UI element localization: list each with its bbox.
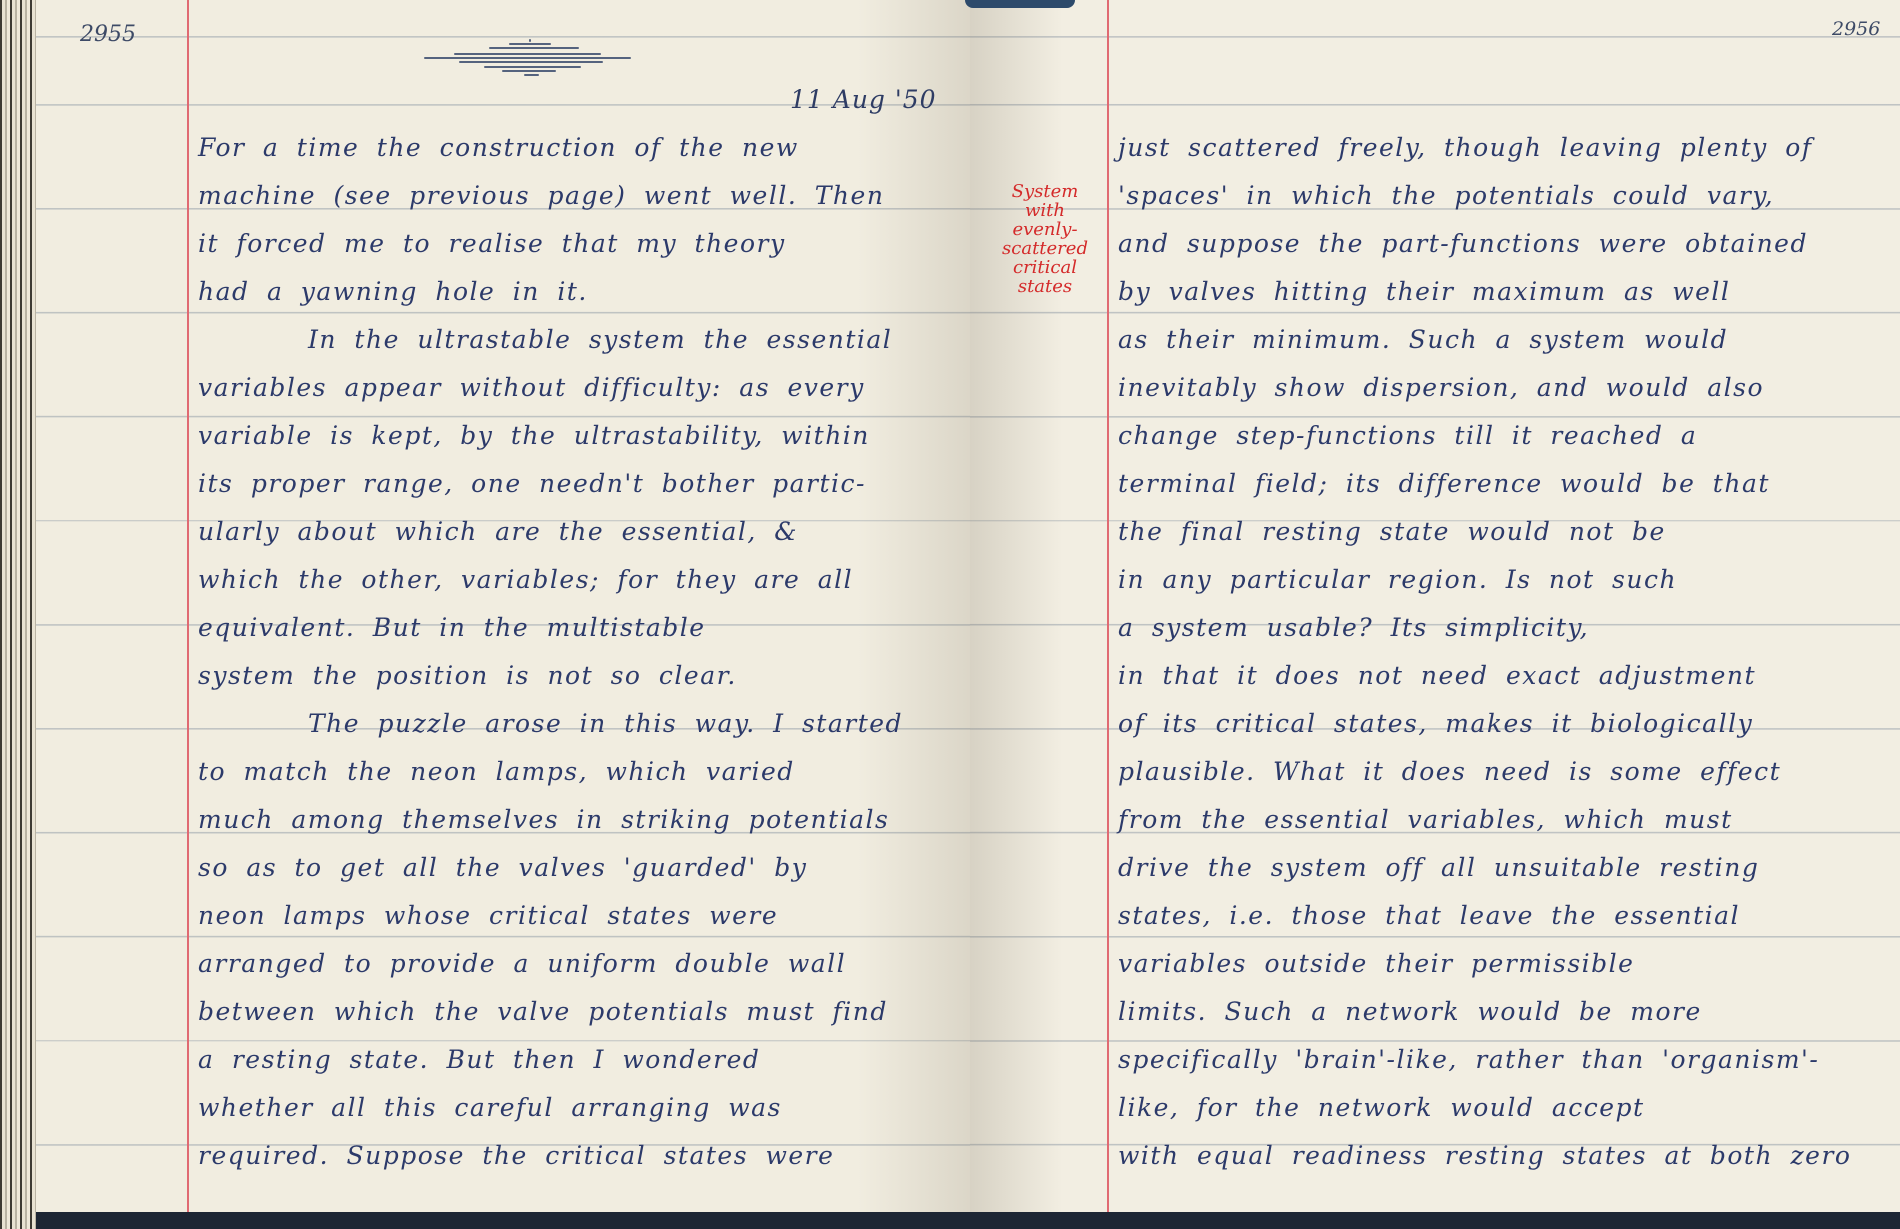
text-line: plausible. What it does need is some eff… bbox=[1118, 748, 1893, 796]
text-line: terminal field; its difference would be … bbox=[1118, 460, 1893, 508]
text-line: just scattered freely, though leaving pl… bbox=[1118, 124, 1893, 172]
text-line: and suppose the part-functions were obta… bbox=[1118, 220, 1893, 268]
text-line: neon lamps whose critical states were bbox=[198, 892, 958, 940]
text-line: by valves hitting their maximum as well bbox=[1118, 268, 1893, 316]
text-line: in that it does not need exact adjustmen… bbox=[1118, 652, 1893, 700]
text-line: limits. Such a network would be more bbox=[1118, 988, 1893, 1036]
text-line: so as to get all the valves 'guarded' by bbox=[198, 844, 958, 892]
text-line: change step-functions till it reached a bbox=[1118, 412, 1893, 460]
annotation-line: scattered bbox=[990, 239, 1100, 258]
text-line: 'spaces' in which the potentials could v… bbox=[1118, 172, 1893, 220]
text-line: a system usable? Its simplicity, bbox=[1118, 604, 1893, 652]
text-line: For a time the construction of the new bbox=[198, 124, 958, 172]
page-edges bbox=[0, 0, 36, 1229]
text-line: machine (see previous page) went well. T… bbox=[198, 172, 958, 220]
text-line: states, i.e. those that leave the essent… bbox=[1118, 892, 1893, 940]
text-line: which the other, variables; for they are… bbox=[198, 556, 958, 604]
text-line: like, for the network would accept bbox=[1118, 1084, 1893, 1132]
text-line: the final resting state would not be bbox=[1118, 508, 1893, 556]
margin-annotation: System with evenly- scattered critical s… bbox=[990, 182, 1100, 296]
book-spine bbox=[965, 0, 1075, 8]
text-line: inevitably show dispersion, and would al… bbox=[1118, 364, 1893, 412]
annotation-line: states bbox=[990, 277, 1100, 296]
annotation-line: critical bbox=[990, 258, 1100, 277]
text-line: variable is kept, by the ultrastability,… bbox=[198, 412, 958, 460]
text-line: specifically 'brain'-like, rather than '… bbox=[1118, 1036, 1893, 1084]
text-line: required. Suppose the critical states we… bbox=[198, 1132, 958, 1180]
decorative-flourish-icon bbox=[420, 36, 660, 76]
right-page-number: 2956 bbox=[1832, 18, 1880, 40]
left-page-text: For a time the construction of the new m… bbox=[198, 124, 958, 1180]
text-line: as their minimum. Such a system would bbox=[1118, 316, 1893, 364]
text-line: ularly about which are the essential, & bbox=[198, 508, 958, 556]
text-line: equivalent. But in the multistable bbox=[198, 604, 958, 652]
text-line: between which the valve potentials must … bbox=[198, 988, 958, 1036]
text-line: to match the neon lamps, which varied bbox=[198, 748, 958, 796]
text-line: in any particular region. Is not such bbox=[1118, 556, 1893, 604]
text-line: drive the system off all unsuitable rest… bbox=[1118, 844, 1893, 892]
text-line: variables outside their permissible bbox=[1118, 940, 1893, 988]
text-line: In the ultrastable system the essential bbox=[198, 316, 958, 364]
left-margin-rule bbox=[187, 0, 189, 1212]
text-line: much among themselves in striking potent… bbox=[198, 796, 958, 844]
text-line: The puzzle arose in this way. I started bbox=[198, 700, 958, 748]
text-line: whether all this careful arranging was bbox=[198, 1084, 958, 1132]
text-line: system the position is not so clear. bbox=[198, 652, 958, 700]
text-line: from the essential variables, which must bbox=[1118, 796, 1893, 844]
text-line: variables appear without difficulty: as … bbox=[198, 364, 958, 412]
text-line: had a yawning hole in it. bbox=[198, 268, 958, 316]
text-line: of its critical states, makes it biologi… bbox=[1118, 700, 1893, 748]
page-bottom-edge bbox=[36, 1212, 1900, 1229]
annotation-line: System bbox=[990, 182, 1100, 201]
annotation-line: with bbox=[990, 201, 1100, 220]
right-margin-rule bbox=[1107, 0, 1109, 1212]
text-line: with equal readiness resting states at b… bbox=[1118, 1132, 1893, 1180]
text-line: it forced me to realise that my theory bbox=[198, 220, 958, 268]
text-line: a resting state. But then I wondered bbox=[198, 1036, 958, 1084]
right-page-text: just scattered freely, though leaving pl… bbox=[1118, 124, 1893, 1180]
entry-date: 11 Aug '50 bbox=[790, 85, 937, 114]
annotation-line: evenly- bbox=[990, 220, 1100, 239]
text-line: its proper range, one needn't bother par… bbox=[198, 460, 958, 508]
notebook-spread: 2955 2956 11 Aug '50 For a time the cons… bbox=[0, 0, 1900, 1229]
left-page-number: 2955 bbox=[80, 22, 136, 47]
text-line: arranged to provide a uniform double wal… bbox=[198, 940, 958, 988]
